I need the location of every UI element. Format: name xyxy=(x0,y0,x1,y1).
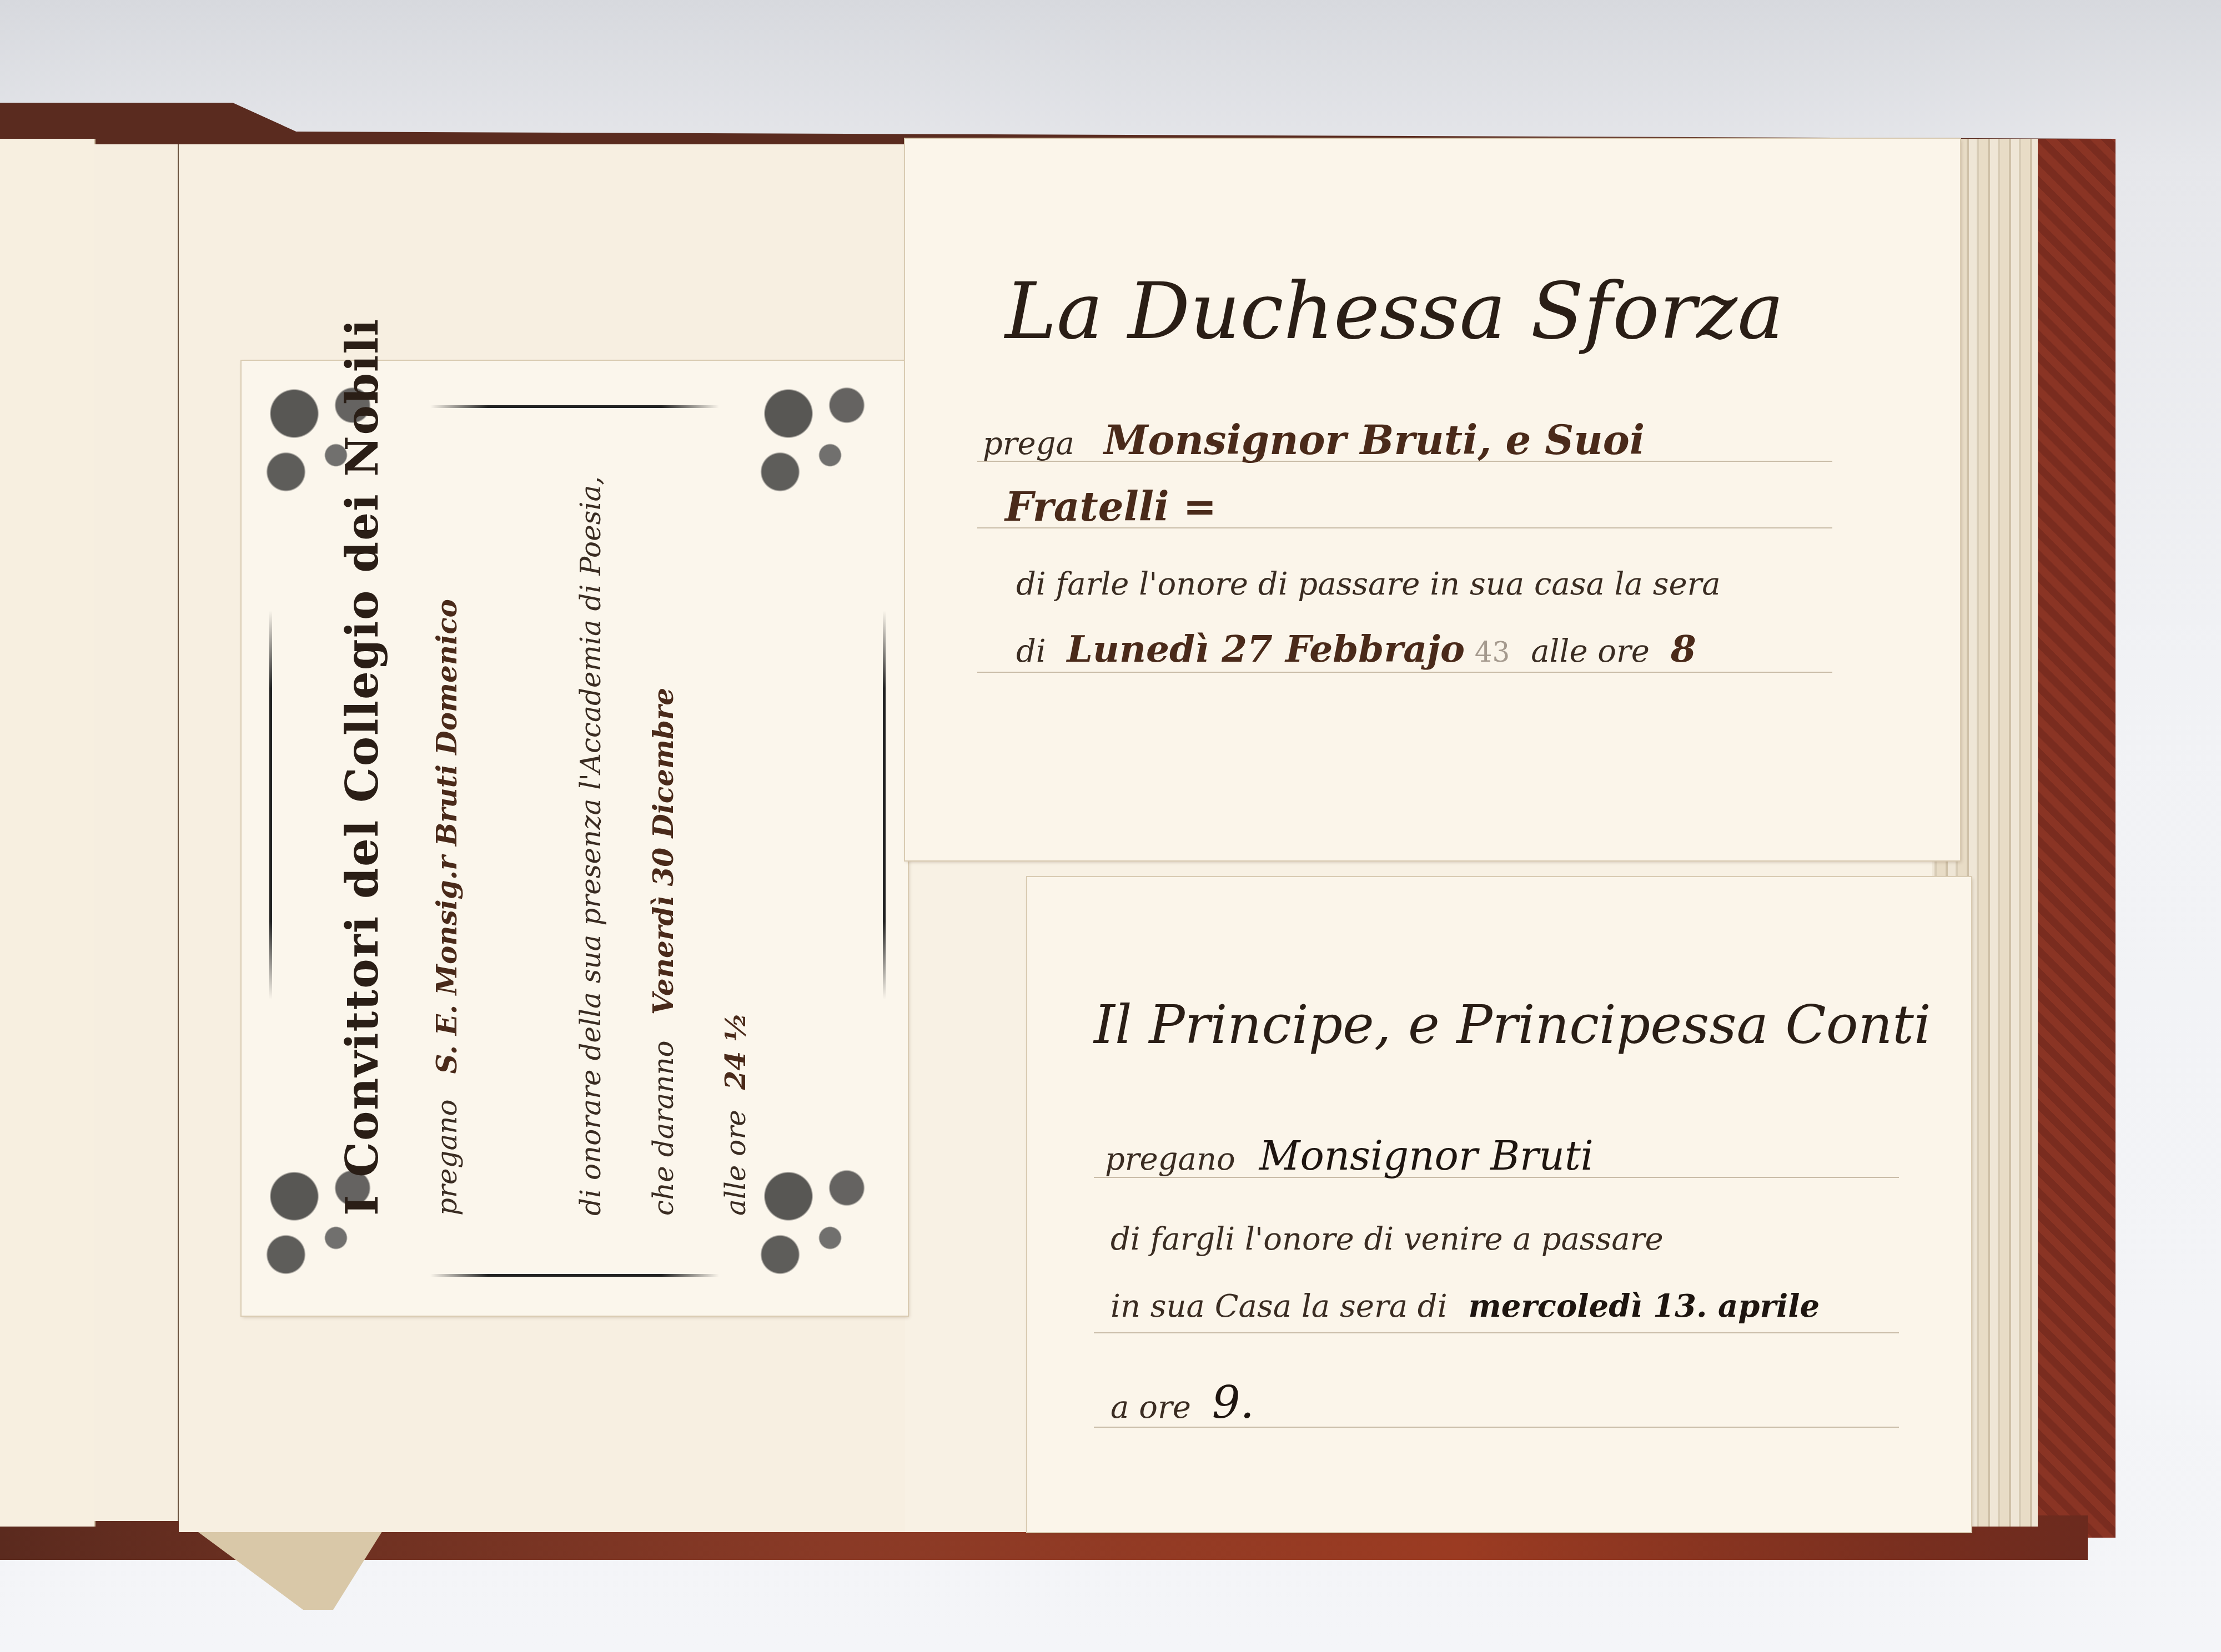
invitation-card-sforza: La Duchessa Sforza prega Monsignor Bruti… xyxy=(905,139,1960,860)
invitation-card-conti: Il Principe, e Principessa Conti pregano… xyxy=(1027,877,1971,1532)
left-page xyxy=(94,144,179,1521)
card-line: di onorare della sua presenza l'Accademi… xyxy=(575,476,607,1216)
card-title: Il Principe, e Principessa Conti xyxy=(1094,994,1931,1056)
card-line: pregano S. E. Monsig.r Bruti Domenico xyxy=(430,599,463,1216)
rotated-card-text: I Convittori del Collegio dei Nobili pre… xyxy=(264,383,886,1293)
pencil-note: 43 xyxy=(1475,636,1510,668)
ruled-line xyxy=(1094,1332,1899,1333)
card-line: di fargli l'onore di venire a passare xyxy=(1110,1221,1664,1257)
card-title: I Convittori del Collegio dei Nobili xyxy=(336,318,388,1216)
card-line: che daranno Venerdì 30 Dicembre xyxy=(647,688,680,1216)
invitation-card-collegio: I Convittori del Collegio dei Nobili pre… xyxy=(242,361,908,1316)
card-title: La Duchessa Sforza xyxy=(1005,266,1784,357)
card-line: a ore 9. xyxy=(1110,1377,1254,1428)
card-line: alle ore 24 ½ xyxy=(719,1013,752,1216)
card-line: Fratelli = xyxy=(1005,483,1217,530)
torn-paper-flap xyxy=(183,1521,383,1610)
card-line: prega Monsignor Bruti, e Suoi xyxy=(983,416,1645,464)
left-page-far xyxy=(0,139,96,1527)
card-line: in sua Casa la sera di mercoledì 13. apr… xyxy=(1110,1288,1820,1324)
card-line: di Lunedì 27 Febbrajo 43 alle ore 8 xyxy=(1016,627,1696,671)
ruled-line xyxy=(977,672,1832,673)
card-line: di farle l'onore di passare in sua casa … xyxy=(1016,566,1721,602)
card-line: pregano Monsignor Bruti xyxy=(1105,1132,1594,1179)
